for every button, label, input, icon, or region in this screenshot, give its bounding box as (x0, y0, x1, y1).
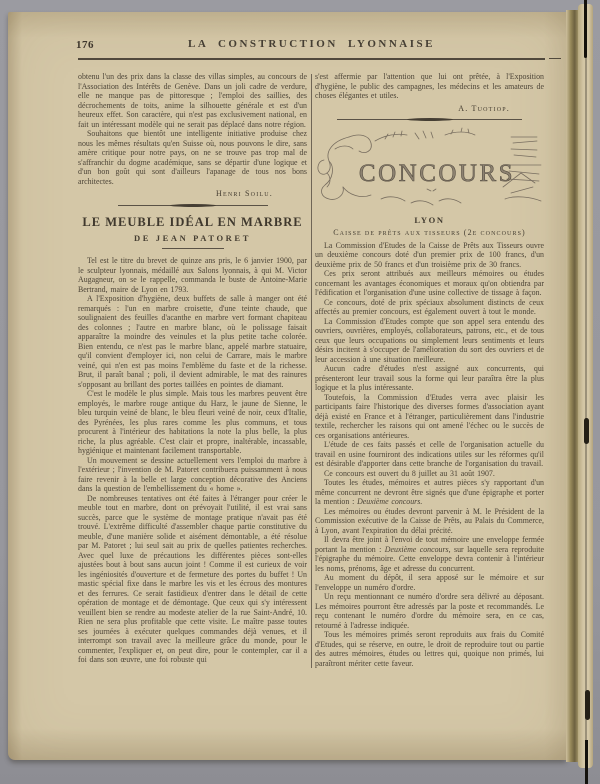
page-content: 176 LA CONSTRUCTION LYONNAISE obtenu l'u… (8, 12, 566, 760)
italic-mention: Deuxième concours. (357, 497, 422, 506)
spine-line (585, 0, 587, 784)
paragraph: Les mémoires ou études devront parvenir … (315, 507, 544, 536)
text-columns: obtenu l'un des prix dans la classe des … (78, 72, 545, 668)
paragraph: Toutefois, la Commission d'Etudes verra … (315, 393, 544, 441)
spine-edge-top (584, 0, 587, 58)
book-gutter-shadow (566, 10, 578, 762)
journal-title: LA CONSTRUCTION LYONNAISE (78, 38, 545, 50)
paragraph: Tel est le titre du brevet de quinze ans… (78, 256, 307, 294)
paragraph: Ce concours, doté de prix spéciaux absol… (315, 298, 544, 317)
paragraph-text: Toutes les études, mémoires et autres pi… (315, 478, 544, 506)
banner-engraving: CONCOURS (315, 127, 544, 211)
paragraph: Il devra être joint à l'envoi de tout mé… (315, 535, 544, 573)
author-signature: A. Tuotiop. (315, 104, 544, 113)
author-signature: Henri Soilu. (78, 189, 307, 198)
city-heading: LYON (315, 215, 544, 225)
section-divider (118, 204, 268, 207)
paragraph: Au moment du dépôt, il sera apposé sur l… (315, 573, 544, 592)
paragraph: A l'Exposition d'hygiène, deux buffets d… (78, 294, 307, 389)
article-title: LE MEUBLE IDÉAL EN MARBRE (78, 215, 307, 230)
paragraph: L'étude de ces faits passés et celle de … (315, 440, 544, 469)
paragraph: s'est affermie par l'attention que lui o… (315, 72, 544, 101)
paragraph: Aucun cadre d'études n'est assigné aux c… (315, 364, 544, 393)
paragraph: Ce concours est ouvert du 8 juillet au 3… (315, 469, 544, 479)
spine-edge-bottom (585, 740, 588, 784)
article-subtitle: DE JEAN PATORET (78, 233, 307, 243)
banner-title: CONCOURS (359, 160, 515, 187)
paragraph: La Commission d'Etudes compte que son ap… (315, 317, 544, 365)
section-heading: Caisse de prêts aux tisseurs (2e concour… (315, 228, 544, 237)
paragraph: Ces prix seront attribués aux meilleurs … (315, 269, 544, 298)
paragraph: Un reçu mentionnant ce numéro d'ordre se… (315, 592, 544, 630)
paragraph: La Commission d'Etudes de la Caisse de P… (315, 241, 544, 270)
binding-ink-mark (585, 690, 590, 720)
left-column: obtenu l'un des prix dans la classe des … (78, 72, 307, 668)
paragraph: Un mouvement se dessine actuellement ver… (78, 456, 307, 494)
concours-engraved-banner: CONCOURS (315, 127, 544, 211)
paragraph: obtenu l'un des prix dans la classe des … (78, 72, 307, 129)
paragraph: Souhaitons que bientôt une intelligente … (78, 129, 307, 186)
paragraph: C'est le modèle le plus simple. Mais tou… (78, 389, 307, 456)
column-divider-rule (311, 74, 312, 668)
section-divider (337, 118, 522, 121)
paragraph: Toutes les études, mémoires et autres pi… (315, 478, 544, 507)
page-header: 176 LA CONSTRUCTION LYONNAISE (78, 38, 545, 53)
italic-mention: Deuxième concours (385, 545, 449, 554)
page-number: 176 (76, 39, 94, 51)
binding-ink-mark (584, 418, 589, 444)
header-rule (78, 58, 545, 60)
book-page: 176 LA CONSTRUCTION LYONNAISE obtenu l'u… (8, 12, 566, 760)
photo-background: 176 LA CONSTRUCTION LYONNAISE obtenu l'u… (0, 0, 600, 784)
right-column: s'est affermie par l'attention que lui o… (315, 72, 544, 668)
paragraph: De nombreuses tentatives ont été faites … (78, 494, 307, 665)
subtitle-rule (162, 248, 224, 249)
paragraph: Tous les mémoires primés seront reprodui… (315, 630, 544, 668)
